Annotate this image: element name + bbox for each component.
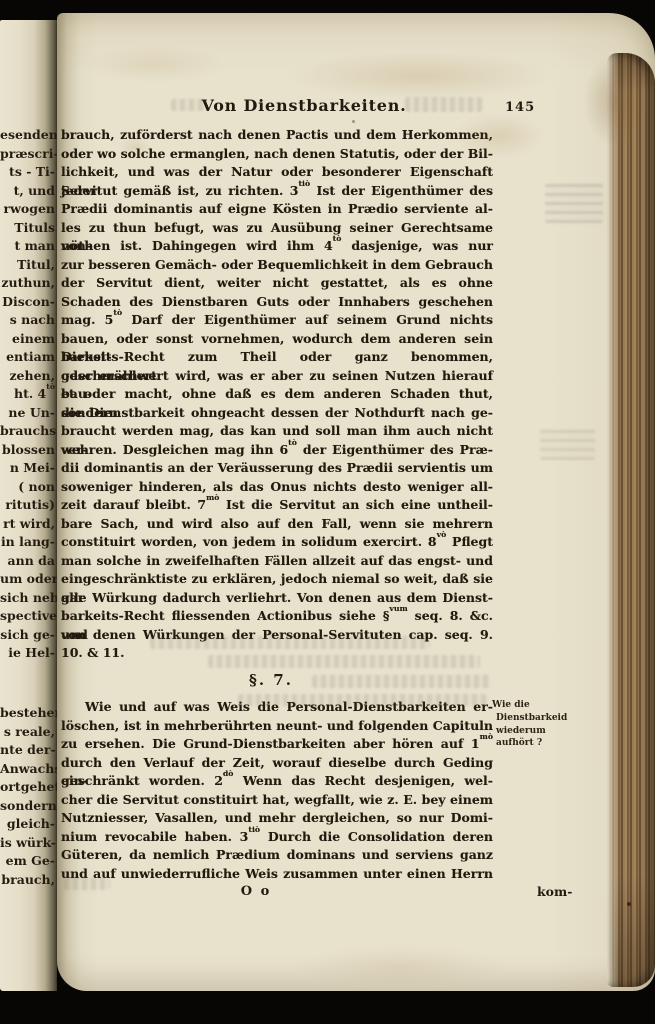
left-page-fragment: is würk- bbox=[0, 834, 55, 853]
left-page-fragment: um oder bbox=[0, 570, 55, 589]
left-page-edge: esendenpræscri-ts - Ti-t, undrwogenTitul… bbox=[0, 20, 57, 991]
text-line: lichkeit, und was der Natur oder besonde… bbox=[61, 163, 493, 182]
text-line: 10. & 11. bbox=[61, 644, 493, 663]
paragraph-2: Wie und auf was Weis die Personal-Dienst… bbox=[61, 698, 493, 883]
left-page-fragment: præscri- bbox=[0, 145, 55, 164]
left-page-fragment: t man bbox=[0, 237, 55, 256]
text-line: nium revocabile haben. 3tiò Durch die Co… bbox=[61, 828, 493, 847]
text-line: von denen Würkungen der Personal-Servitu… bbox=[61, 626, 493, 645]
text-line: alle Würkung dadurch verliehrt. Von dene… bbox=[61, 589, 493, 608]
text-line: oder wo solche ermanglen, nach denen Sta… bbox=[61, 145, 493, 164]
paragraph-1: brauch, zuförderst nach denen Pactis und… bbox=[61, 126, 493, 663]
book-scan-photo: esendenpræscri-ts - Ti-t, undrwogenTitul… bbox=[0, 0, 655, 1024]
left-page-fragment: sich neh- bbox=[0, 589, 55, 608]
left-page-fragment: rwogen bbox=[0, 200, 55, 219]
catchword: kom- bbox=[537, 884, 572, 899]
ink-speck bbox=[352, 120, 355, 123]
text-line: Güteren, da nemlich Prædium dominans und… bbox=[61, 846, 493, 865]
left-page-fragment: ann da bbox=[0, 552, 55, 571]
text-line: bauen, oder sonst vornehmen, wodurch dem… bbox=[61, 330, 493, 349]
text-line: braucht werden mag, das kan und soll man… bbox=[61, 422, 493, 441]
left-page-fragments-lower: bestehens reale,nte der-Anwachsortgehet.… bbox=[0, 704, 55, 889]
text-line: man solche in zweifelhaften Fällen allze… bbox=[61, 552, 493, 571]
text-line: nöthen ist. Dahingegen wird ihm 4tò dasj… bbox=[61, 237, 493, 256]
text-line: mag. 5tò Darf der Eigenthümer auf seinem… bbox=[61, 311, 493, 330]
left-page-fragment: ie Hel- bbox=[0, 644, 55, 663]
left-page-fragment: in lang- bbox=[0, 533, 55, 552]
signature-mark: O o bbox=[61, 884, 451, 899]
left-page-fragment: Tituls bbox=[0, 219, 55, 238]
text-line: Prædii dominantis auf eigne Kösten in Pr… bbox=[61, 200, 493, 219]
ink-speck bbox=[627, 902, 631, 906]
page-stack-fore-edge bbox=[607, 53, 655, 987]
margin-note: Wie dieDienstbarkeidwiederumaufhört ? bbox=[492, 699, 566, 750]
text-line: Servitut gemäß ist, zu richten. 3tiò Ist… bbox=[61, 182, 493, 201]
text-line: et oder macht, ohne daß es dem anderen S… bbox=[61, 385, 493, 404]
text-line: die Dienstbarkeit ohngeacht dessen der N… bbox=[61, 404, 493, 423]
text-line: oder erschwert wird, was er aber zu sein… bbox=[61, 367, 493, 386]
margin-note-line: Wie die bbox=[492, 699, 566, 712]
text-line: les zu thun befugt, was zu Ausübung sein… bbox=[61, 219, 493, 238]
text-line: wehren. Desgleichen mag ihn 6tò der Eige… bbox=[61, 441, 493, 460]
page-number: 145 bbox=[505, 100, 555, 115]
margin-note-line: wiederum bbox=[492, 725, 566, 738]
left-page-fragment: s reale, bbox=[0, 723, 55, 742]
left-page-fragment: zuthun, bbox=[0, 274, 55, 293]
left-page-fragment: ts - Ti- bbox=[0, 163, 55, 182]
text-line: eingeschränktiste zu erklären, jedoch ni… bbox=[61, 570, 493, 589]
left-page-fragment: esenden bbox=[0, 126, 55, 145]
left-page-fragment: sondern bbox=[0, 797, 55, 816]
text-line: bare Sach, und wird also auf den Fall, w… bbox=[61, 515, 493, 534]
text-line: zeit darauf bleibt. 7mò Ist die Servitut… bbox=[61, 496, 493, 515]
left-page-fragment: ritutis) bbox=[0, 496, 55, 515]
left-page-fragment: ( non bbox=[0, 478, 55, 497]
text-line: löschen, ist in mehrberührten neunt- und… bbox=[61, 717, 493, 736]
left-page-fragment: einem bbox=[0, 330, 55, 349]
text-line: constituirt worden, von jedem in solidum… bbox=[61, 533, 493, 552]
left-page-fragment: ne Un- bbox=[0, 404, 55, 423]
left-page-fragment: brauch, bbox=[0, 871, 55, 890]
text-line: zur besseren Gemäch- oder Bequemlichkeit… bbox=[61, 256, 493, 275]
left-page-fragment: spective bbox=[0, 607, 55, 626]
text-line: soweniger hinderen, als das Onus nichts … bbox=[61, 478, 493, 497]
margin-note-line: aufhört ? bbox=[492, 737, 566, 750]
left-page-fragment: rt wird, bbox=[0, 515, 55, 534]
margin-note-line: Dienstbarkeid bbox=[492, 712, 566, 725]
left-page-fragment: nte der- bbox=[0, 741, 55, 760]
section-heading: §. 7. bbox=[61, 671, 481, 689]
left-page-fragment: n Mei- bbox=[0, 459, 55, 478]
text-line: Wie und auf was Weis die Personal-Dienst… bbox=[61, 698, 493, 717]
running-title: Von Dienstbarkeiten. bbox=[61, 96, 547, 115]
left-page-fragment: em Ge- bbox=[0, 852, 55, 871]
left-page-fragment: Discon- bbox=[0, 293, 55, 312]
text-line: barkeits-Recht zum Theil oder ganz benom… bbox=[61, 348, 493, 367]
text-line: zu ersehen. Die Grund-Dienstbarkeiten ab… bbox=[61, 735, 493, 754]
text-line: und auf unwiederrufliche Weis zusammen u… bbox=[61, 865, 493, 884]
left-page-fragments-upper: esendenpræscri-ts - Ti-t, undrwogenTitul… bbox=[0, 126, 55, 663]
left-page-fragment: bestehen bbox=[0, 704, 55, 723]
left-page-fragment: entiam bbox=[0, 348, 55, 367]
left-page-fragment: s nach bbox=[0, 311, 55, 330]
left-page-fragment: sich ge- bbox=[0, 626, 55, 645]
left-page-fragment: gleich- bbox=[0, 815, 55, 834]
text-line: brauch, zuförderst nach denen Pactis und… bbox=[61, 126, 493, 145]
left-page-fragment: Anwachs bbox=[0, 760, 55, 779]
left-page-fragment: ortgehet. bbox=[0, 778, 55, 797]
text-line: dii dominantis an der Veräusserung des P… bbox=[61, 459, 493, 478]
text-line: Nutzniesser, Vasallen, und mehr dergleic… bbox=[61, 809, 493, 828]
text-line: barkeits-Recht fliessenden Actionibus si… bbox=[61, 607, 493, 626]
text-line: der Servitut dient, weiter nicht gestatt… bbox=[61, 274, 493, 293]
text-line: cher die Servitut constituirt hat, wegfa… bbox=[61, 791, 493, 810]
text-line: Schaden des Dienstbaren Guts oder Innhab… bbox=[61, 293, 493, 312]
text-line: durch den Verlauf der Zeit, worauf diese… bbox=[61, 754, 493, 773]
left-page-fragment: t, und bbox=[0, 182, 55, 201]
text-line: geschränkt worden. 2dò Wenn das Recht de… bbox=[61, 772, 493, 791]
left-page-fragment: ht. 4tò bbox=[0, 385, 55, 404]
left-page-fragment: brauchs bbox=[0, 422, 55, 441]
left-page-fragment: blossen bbox=[0, 441, 55, 460]
left-page-fragment: Titul, bbox=[0, 256, 55, 275]
